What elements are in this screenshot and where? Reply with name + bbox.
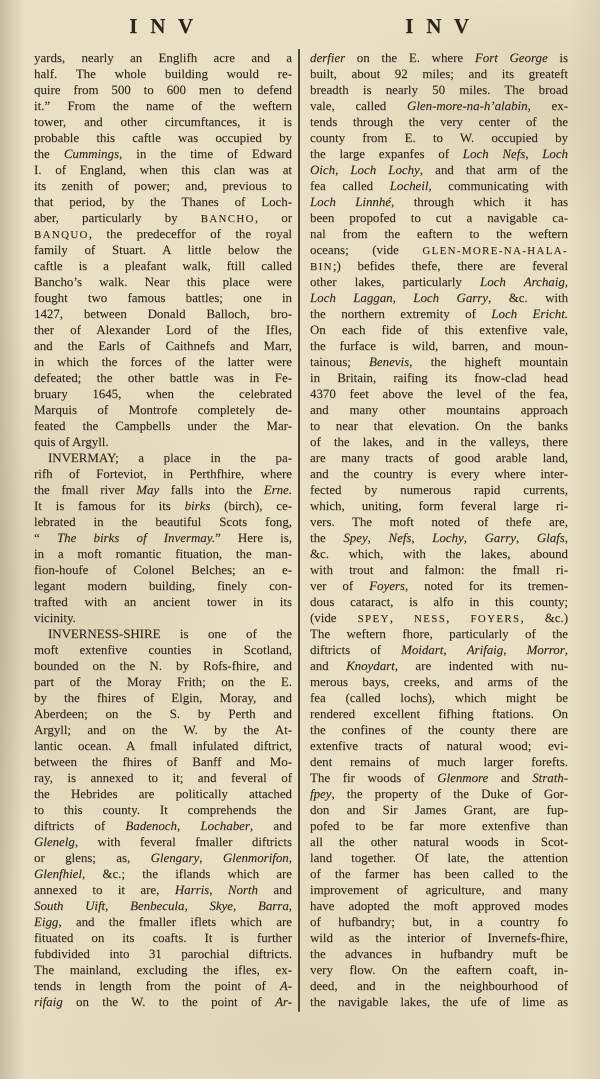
body-text: the: [310, 531, 343, 545]
text-line: and the Earls of Caithnefs and Marr,: [34, 338, 292, 354]
body-text: vicinity.: [34, 611, 76, 625]
text-line: built, about 92 miles; and its greateft: [310, 66, 568, 82]
small-caps-reference: bin: [310, 261, 333, 273]
italic-place-name: South Uift: [34, 899, 105, 913]
text-line: tends in length from the point of A-: [34, 978, 292, 994]
body-text: fea called: [310, 179, 390, 193]
text-line: with trout and falmon: the fmall ri-: [310, 562, 568, 578]
body-text: , and that arm of the: [420, 163, 568, 177]
body-text: ,: [289, 899, 292, 913]
italic-place-name: Loch Lochy: [350, 163, 419, 177]
text-line: South Uift, Benbecula, Skye, Barra,: [34, 898, 292, 914]
text-line: aber, particularly by Bancho, or: [34, 210, 292, 226]
italic-place-name: The birks of Invermay.: [57, 531, 215, 545]
text-line: its zenith of power; and, previous to: [34, 178, 292, 194]
italic-place-name: Glenmorifon: [223, 851, 289, 865]
italic-place-name: Loch: [542, 147, 568, 161]
body-text: of hufbandry; but, in a country fo: [310, 915, 568, 929]
text-line: diftricts of Badenoch, Lochaber, and: [34, 818, 292, 834]
body-text: other lakes, particularly: [310, 275, 480, 289]
text-line: and the country is every where inter-: [310, 466, 568, 482]
text-line: in Britain, raifing its fnow-clad head: [310, 370, 568, 386]
text-line: to this county. It comprehends the: [34, 802, 292, 818]
body-text: feated the Campbells under the Mar-: [34, 419, 292, 433]
body-text: &c. which, with the lakes, abound: [310, 547, 568, 561]
body-text: in Britain, raifing its fnow-clad head: [310, 371, 568, 385]
body-text: tainous;: [310, 355, 369, 369]
text-line: INVERNESS-SHIRE is one of the: [34, 626, 292, 642]
text-line: are many tracts of good arable land,: [310, 450, 568, 466]
body-text: rendered excellent fifhing ftations. On: [310, 707, 568, 721]
small-caps-reference: Banquo: [34, 229, 89, 241]
body-text: breadth is nearly 50 miles. The broad: [310, 83, 568, 97]
body-text: , and the fmaller iflets which are: [58, 915, 292, 929]
body-text: , or: [255, 211, 292, 225]
text-line: caftle is a pleafant walk, ftill called: [34, 258, 292, 274]
body-text: ,: [525, 147, 542, 161]
italic-place-name: Erne.: [264, 483, 292, 497]
italic-place-name: Loch Archaig: [480, 275, 565, 289]
text-line: the furface is wild, barren, and moun-: [310, 338, 568, 354]
text-line: On each fide of this extenfive vale,: [310, 322, 568, 338]
italic-place-name: Glafs: [537, 531, 565, 545]
text-line: all the other natural woods in Scot-: [310, 834, 568, 850]
italic-place-name: derfier: [310, 51, 345, 65]
italic-place-name: Lochy: [432, 531, 464, 545]
text-line: been propofed to cut a navigable ca-: [310, 210, 568, 226]
text-line: the northern extremity of Loch Ericht.: [310, 306, 568, 322]
body-text: fought two famous battles; one in: [34, 291, 292, 305]
body-text: ,: [411, 531, 432, 545]
text-line: yards, nearly an Englifh acre and a: [34, 50, 292, 66]
body-text: very flow. On the eaftern coaft, in-: [310, 963, 568, 977]
text-line: &c. which, with the lakes, abound: [310, 546, 568, 562]
body-text: ver of: [310, 579, 369, 593]
italic-place-name: Benevis: [369, 355, 409, 369]
body-text: Aberdeen; on the S. by Perth and: [34, 707, 292, 721]
body-text: It is famous for its: [34, 499, 185, 513]
text-line: The fir woods of Glenmore and Strath-: [310, 770, 568, 786]
text-line: breadth is nearly 50 miles. The broad: [310, 82, 568, 98]
book-page: I N V I N V yards, nearly an Englifh acr…: [0, 0, 600, 1079]
body-text: caftle is a pleafant walk, ftill called: [34, 259, 292, 273]
body-text: ,: [105, 899, 130, 913]
body-text: quire from 500 to 600 men to defend: [34, 83, 292, 97]
text-line: which, uniting, form feveral large ri-: [310, 498, 568, 514]
body-text: to near that elevation. On the banks: [310, 419, 568, 433]
text-line: Argyll; and on the W. by the At-: [34, 722, 292, 738]
body-text: with trout and falmon: the fmall ri-: [310, 563, 568, 577]
italic-place-name: rifaig: [34, 995, 63, 1009]
body-text: , ex-: [528, 99, 568, 113]
text-line: moft extenfive counties in Scotland,: [34, 642, 292, 658]
body-text: and the country is every where inter-: [310, 467, 568, 481]
body-text: aber, particularly by: [34, 211, 201, 225]
body-text: lantic ocean. A fmall infulated diftrict…: [34, 739, 292, 753]
body-text: ther of Alexander Lord of the Ifles,: [34, 323, 292, 337]
text-line: the fmall river May falls into the Erne.: [34, 482, 292, 498]
body-text: that period, by the Thanes of Loch-: [34, 195, 292, 209]
body-text: 1427, between Donald Balloch, bro-: [34, 307, 292, 321]
body-text: on the W. to the point of: [63, 995, 275, 1009]
text-line: the Spey, Nefs, Lochy, Garry, Glafs,: [310, 530, 568, 546]
italic-place-name: Glen-more-na-h’alabin: [407, 99, 528, 113]
text-line: tends through the very center of the: [310, 114, 568, 130]
text-line: county from E. to W. occupied by: [310, 130, 568, 146]
body-text: and many other mountains approach: [310, 403, 568, 417]
body-text: “: [34, 531, 57, 545]
text-line: lebrated in the beautiful Scots fong,: [34, 514, 292, 530]
text-line: nal from the eaftern to the weftern: [310, 226, 568, 242]
body-text: ,: [393, 291, 414, 305]
body-text: ,: [199, 851, 223, 865]
text-line: rifaig on the W. to the point of Ar-: [34, 994, 292, 1010]
body-text: , &c.; the iflands which are: [82, 867, 292, 881]
body-text: pofed to be far more extenfive than: [310, 819, 568, 833]
body-text: ,: [177, 819, 201, 833]
text-line: fpey, the property of the Duke of Gor-: [310, 786, 568, 802]
body-text: tends in length from the point of: [34, 979, 280, 993]
small-caps-reference: Glen-more-na-hala-: [422, 245, 568, 257]
italic-place-name: Strath-: [532, 771, 568, 785]
body-text: between the fhires of Banff and Mo-: [34, 755, 292, 769]
text-line: fion-houfe of Colonel Belches; an e-: [34, 562, 292, 578]
italic-place-name: Fort George: [475, 51, 548, 65]
italic-place-name: Morror: [527, 643, 565, 657]
body-text: are many tracts of good arable land,: [310, 451, 568, 465]
text-line: legant modern building, finely con-: [34, 578, 292, 594]
text-line: Glenelg, with feveral fmaller diftricts: [34, 834, 292, 850]
text-line: The mainland, excluding the ifles, ex-: [34, 962, 292, 978]
body-text: merous bays, creeks, and arms of the: [310, 675, 568, 689]
text-line: Oich, Loch Lochy, and that arm of the: [310, 162, 568, 178]
body-text: tends through the very center of the: [310, 115, 568, 129]
body-text: ,: [565, 275, 568, 289]
small-caps-reference: Spey: [358, 613, 390, 625]
body-text: legant modern building, finely con-: [34, 579, 292, 593]
italic-place-name: Glengary: [151, 851, 200, 865]
body-text: wild as the interior of Invernefs-fhire,: [310, 931, 568, 945]
text-line: Bancho’s walk. Near this place were: [34, 274, 292, 290]
body-text: , in the time of Edward: [119, 147, 292, 161]
italic-place-name: Glenmore: [437, 771, 488, 785]
text-line: fea called Locheil, communicating with: [310, 178, 568, 194]
text-line: or glens; as, Glengary, Glenmorifon,: [34, 850, 292, 866]
text-line: dent remains of much larger forefts.: [310, 754, 568, 770]
body-text: the Hebrides are politically attached: [34, 787, 292, 801]
text-line: bin;) befides thefe, there are feveral: [310, 258, 568, 274]
italic-place-name: Eigg: [34, 915, 58, 929]
text-line: vale, called Glen-more-na-h’alabin, ex-: [310, 98, 568, 114]
body-text: have adopted the moft approved modes: [310, 899, 568, 913]
italic-place-name: Skye: [209, 899, 233, 913]
body-text: fituated on its coafts. It is further: [34, 931, 292, 945]
body-text: Argyll; and on the W. by the At-: [34, 723, 292, 737]
body-text: oceans; (vide: [310, 243, 422, 257]
body-text: (vide: [310, 611, 358, 625]
text-line: diftricts of Moidart, Arifaig, Morror,: [310, 642, 568, 658]
text-line: It is famous for its birks (birch), ce-: [34, 498, 292, 514]
italic-place-name: Locheil: [390, 179, 429, 193]
text-line: dous cataract, is alfo in this county;: [310, 594, 568, 610]
body-text: quis of Argyll.: [34, 435, 109, 449]
body-text: fea (called lochs), which might be: [310, 691, 568, 705]
italic-place-name: A-: [280, 979, 292, 993]
small-caps-reference: Bancho: [201, 213, 255, 225]
text-line: tower, and other circumftances, it is: [34, 114, 292, 130]
text-line: ver of Foyers, noted for its tremen-: [310, 578, 568, 594]
body-text: and: [488, 771, 532, 785]
text-line: Aberdeen; on the S. by Perth and: [34, 706, 292, 722]
body-text: Bancho’s walk. Near this place were: [34, 275, 292, 289]
italic-place-name: North: [228, 883, 258, 897]
text-line: I. of England, when this clan was at: [34, 162, 292, 178]
text-column-right: derfier on the E. where Fort George isbu…: [310, 50, 568, 1010]
text-line: fought two famous battles; one in: [34, 290, 292, 306]
text-line: part of the Moray Frith; on the E.: [34, 674, 292, 690]
body-text: bruary 1645, when the celebrated: [34, 387, 292, 401]
italic-place-name: Nefs: [388, 531, 411, 545]
text-line: the large expanfes of Loch Nefs, Loch: [310, 146, 568, 162]
italic-place-name: Loch Linnhé: [310, 195, 391, 209]
body-text: fion-houfe of Colonel Belches; an e-: [34, 563, 292, 577]
body-text: ,: [184, 899, 209, 913]
small-caps-reference: Foyers: [470, 613, 520, 625]
text-line: The weftern fhore, particularly of the: [310, 626, 568, 642]
text-line: of the farmer has been called to the: [310, 866, 568, 882]
body-text: fected by numerous rapid currents,: [310, 483, 568, 497]
text-line: land together. Of late, the attention: [310, 850, 568, 866]
body-text: vale, called: [310, 99, 407, 113]
body-text: the large expanfes of: [310, 147, 463, 161]
text-line: in which the forces of the latter were: [34, 354, 292, 370]
italic-place-name: Glenelg: [34, 835, 75, 849]
body-text: the navigable lakes, the ufe of lime as: [310, 995, 568, 1009]
text-line: extenfive tracts of natural wood; evi-: [310, 738, 568, 754]
body-text: the advances in hufbandry muft be: [310, 947, 568, 961]
body-text: nal from the eaftern to the weftern: [310, 227, 568, 241]
body-text: extenfive tracts of natural wood; evi-: [310, 739, 568, 753]
body-text: half. The whole building would re-: [34, 67, 292, 81]
body-text: ,: [335, 163, 350, 177]
italic-place-name: fpey: [310, 787, 331, 801]
text-line: Marquis of Montrofe completely de-: [34, 402, 292, 418]
text-line: very flow. On the eaftern coaft, in-: [310, 962, 568, 978]
body-text: , &c.): [520, 611, 568, 625]
body-text: land together. Of late, the attention: [310, 851, 568, 865]
body-text: ,: [464, 531, 485, 545]
body-text: by the fhires of Elgin, Moray, and: [34, 691, 292, 705]
body-text: INVERMAY; a place in the pa-: [48, 451, 292, 465]
text-line: family of Stuart. A little below the: [34, 242, 292, 258]
body-text: , with feveral fmaller diftricts: [75, 835, 292, 849]
text-line: it.” From the name of the weftern: [34, 98, 292, 114]
italic-place-name: Arifaig: [467, 643, 504, 657]
body-text: which, uniting, form feveral large ri-: [310, 499, 568, 513]
body-text: and: [258, 883, 292, 897]
italic-place-name: Garry: [485, 531, 517, 545]
text-line: rifh of Forteviot, in Perthfhire, where: [34, 466, 292, 482]
text-line: bounded on the N. by Rofs-fhire, and: [34, 658, 292, 674]
text-line: to near that elevation. On the banks: [310, 418, 568, 434]
body-text: county from E. to W. occupied by: [310, 131, 568, 145]
body-text: yards, nearly an Englifh acre and a: [34, 51, 292, 65]
italic-place-name: Ar-: [275, 995, 292, 1009]
italic-place-name: Harris: [175, 883, 209, 897]
text-line: vicinity.: [34, 610, 292, 626]
body-text: ,: [565, 643, 568, 657]
body-text: , noted for its tremen-: [405, 579, 568, 593]
body-text: , the predeceffor of the royal: [89, 227, 292, 241]
text-line: Loch Linnhé, through which it has: [310, 194, 568, 210]
italic-place-name: birks: [185, 499, 211, 513]
body-text: ,: [446, 611, 470, 625]
body-text: , through which it has: [391, 195, 568, 209]
text-line: the confines of the county there are: [310, 722, 568, 738]
italic-place-name: Glenfhiel: [34, 867, 82, 881]
body-text: ,: [390, 611, 414, 625]
text-line: ray, is annexed to it; and feveral of: [34, 770, 292, 786]
text-line: quis of Argyll.: [34, 434, 292, 450]
body-text: tower, and other circumftances, it is: [34, 115, 292, 129]
text-line: the advances in hufbandry muft be: [310, 946, 568, 962]
text-line: vers. The moft noted of thefe are,: [310, 514, 568, 530]
text-line: oceans; (vide Glen-more-na-hala-: [310, 242, 568, 258]
text-line: derfier on the E. where Fort George is: [310, 50, 568, 66]
text-line: don and Sir James Grant, are fup-: [310, 802, 568, 818]
text-line: the Cummings, in the time of Edward: [34, 146, 292, 162]
italic-place-name: May: [136, 483, 159, 497]
body-text: the northern extremity of: [310, 307, 491, 321]
text-line: 4370 feet above the level of the fea,: [310, 386, 568, 402]
body-text: moft extenfive counties in Scotland,: [34, 643, 292, 657]
text-line: “ The birks of Invermay.” Here is,: [34, 530, 292, 546]
body-text: trafted with an ancient tower in its: [34, 595, 292, 609]
body-text: in which the forces of the latter were: [34, 355, 292, 369]
body-text: The mainland, excluding the ifles, ex-: [34, 963, 292, 977]
body-text: in a moft romantic fituation, the man-: [34, 547, 292, 561]
text-line: of the lakes, and in the valleys, there: [310, 434, 568, 450]
body-text: ,: [368, 531, 389, 545]
text-line: and many other mountains approach: [310, 402, 568, 418]
body-text: family of Stuart. A little below the: [34, 243, 292, 257]
text-line: pofed to be far more extenfive than: [310, 818, 568, 834]
body-text: is: [548, 51, 568, 65]
small-caps-reference: Ness: [414, 613, 446, 625]
body-text: (birch), ce-: [210, 499, 292, 513]
italic-place-name: Knoydart: [346, 659, 395, 673]
italic-place-name: Moidart: [401, 643, 443, 657]
text-line: other lakes, particularly Loch Archaig,: [310, 274, 568, 290]
italic-place-name: Badenoch: [125, 819, 177, 833]
body-text: ray, is annexed to it; and feveral of: [34, 771, 292, 785]
body-text: , are indented with nu-: [395, 659, 568, 673]
body-text: of the lakes, and in the valleys, there: [310, 435, 568, 449]
body-text: probable this caftle was occupied by: [34, 131, 292, 145]
text-line: fea (called lochs), which might be: [310, 690, 568, 706]
italic-place-name: Spey: [343, 531, 367, 545]
text-line: rendered excellent fifhing ftations. On: [310, 706, 568, 722]
text-line: the navigable lakes, the ufe of lime as: [310, 994, 568, 1010]
body-text: ,: [503, 643, 526, 657]
text-line: 1427, between Donald Balloch, bro-: [34, 306, 292, 322]
italic-place-name: Oich: [310, 163, 335, 177]
italic-place-name: Loch Garry: [413, 291, 488, 305]
body-text: to this county. It comprehends the: [34, 803, 292, 817]
text-column-left: yards, nearly an Englifh acre and ahalf.…: [34, 50, 292, 1010]
body-text: The fir woods of: [310, 771, 437, 785]
running-head-left: I N V: [34, 14, 292, 39]
body-text: lebrated in the beautiful Scots fong,: [34, 515, 292, 529]
text-line: by the fhires of Elgin, Moray, and: [34, 690, 292, 706]
body-text: and: [310, 659, 346, 673]
body-text: ,: [209, 883, 228, 897]
text-line: tainous; Benevis, the higheft mountain: [310, 354, 568, 370]
text-line: deed, and in the neighbourhood of: [310, 978, 568, 994]
text-line: bruary 1645, when the celebrated: [34, 386, 292, 402]
text-line: and Knoydart, are indented with nu-: [310, 658, 568, 674]
body-text: ,: [289, 851, 292, 865]
running-head-right: I N V: [310, 14, 568, 39]
text-line: of hufbandry; but, in a country fo: [310, 914, 568, 930]
body-text: deed, and in the neighbourhood of: [310, 979, 568, 993]
body-text: , the property of the Duke of Gor-: [331, 787, 568, 801]
body-text: diftricts of: [310, 643, 401, 657]
body-text: , and: [250, 819, 292, 833]
italic-place-name: Barra: [258, 899, 289, 913]
body-text: ;) befides thefe, there are feveral: [333, 259, 568, 273]
italic-place-name: Loch Laggan: [310, 291, 393, 305]
body-text: don and Sir James Grant, are fup-: [310, 803, 568, 817]
body-text: ” Here is,: [215, 531, 292, 545]
text-line: trafted with an ancient tower in its: [34, 594, 292, 610]
body-text: dent remains of much larger forefts.: [310, 755, 568, 769]
text-line: quire from 500 to 600 men to defend: [34, 82, 292, 98]
body-text: the: [34, 147, 64, 161]
text-line: feated the Campbells under the Mar-: [34, 418, 292, 434]
italic-place-name: Loch Nefs: [463, 147, 525, 161]
text-line: probable this caftle was occupied by: [34, 130, 292, 146]
text-line: ther of Alexander Lord of the Ifles,: [34, 322, 292, 338]
body-text: , communicating with: [428, 179, 568, 193]
body-text: rifh of Forteviot, in Perthfhire, where: [34, 467, 292, 481]
text-line: lantic ocean. A fmall infulated diftrict…: [34, 738, 292, 754]
text-line: half. The whole building would re-: [34, 66, 292, 82]
body-text: all the other natural woods in Scot-: [310, 835, 568, 849]
body-text: , &c. with: [488, 291, 568, 305]
italic-place-name: Lochaber: [200, 819, 249, 833]
body-text: dous cataract, is alfo in this county;: [310, 595, 568, 609]
body-text: the fmall river: [34, 483, 136, 497]
body-text: Marquis of Montrofe completely de-: [34, 403, 292, 417]
text-line: Eigg, and the fmaller iflets which are: [34, 914, 292, 930]
text-line: fubdivided into 31 parochial diftricts.: [34, 946, 292, 962]
column-divider-rule: [298, 49, 300, 1012]
body-text: , the higheft mountain: [409, 355, 568, 369]
body-text: part of the Moray Frith; on the E.: [34, 675, 292, 689]
body-text: on the E. where: [345, 51, 475, 65]
body-text: ,: [565, 531, 568, 545]
italic-place-name: Benbecula: [130, 899, 184, 913]
body-text: falls into the: [159, 483, 264, 497]
text-line: INVERMAY; a place in the pa-: [34, 450, 292, 466]
body-text: The weftern fhore, particularly of the: [310, 627, 568, 641]
body-text: annexed to it are,: [34, 883, 175, 897]
body-text: On each fide of this extenfive vale,: [310, 323, 568, 337]
body-text: improvement of agriculture, and many: [310, 883, 568, 897]
body-text: been propofed to cut a navigable ca-: [310, 211, 568, 225]
text-line: fected by numerous rapid currents,: [310, 482, 568, 498]
